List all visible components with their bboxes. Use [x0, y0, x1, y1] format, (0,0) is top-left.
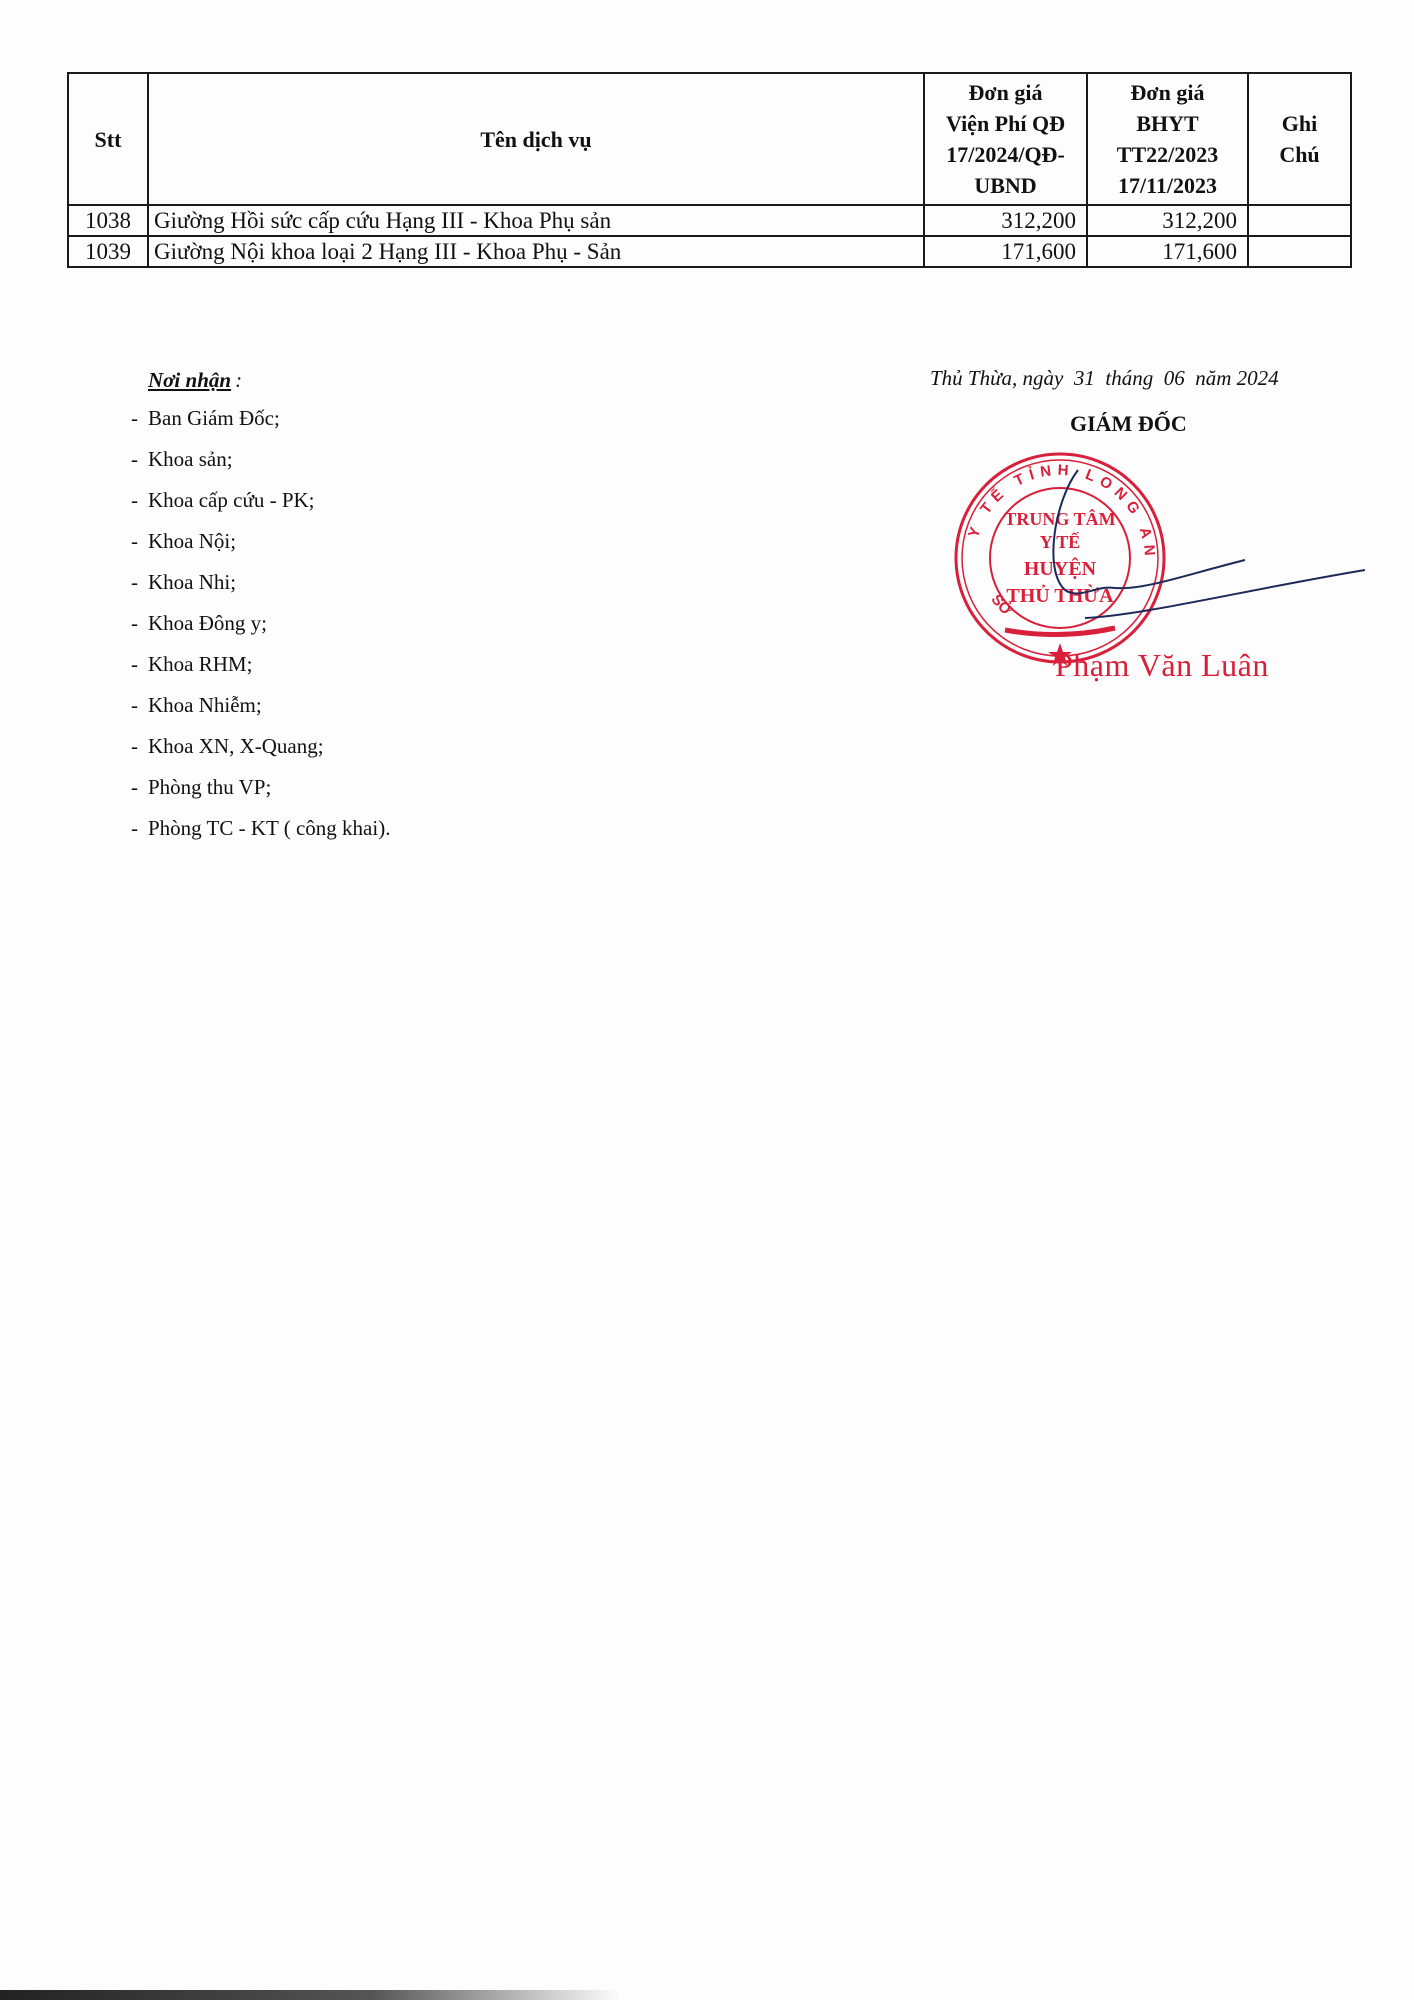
list-dash: - [131, 521, 148, 562]
scan-edge-artifact [0, 1990, 620, 2000]
date-line: Thủ Thừa, ngày 31 tháng 06 năm 2024 [930, 366, 1279, 391]
list-dash: - [131, 685, 148, 726]
header-line: Đơn giá [1093, 77, 1242, 108]
header-line: TT22/2023 [1093, 139, 1242, 170]
recipient-label: Khoa cấp cứu - PK; [148, 488, 315, 512]
recipient-label: Khoa sản; [148, 447, 233, 471]
signer-title: GIÁM ĐỐC [1070, 411, 1187, 437]
recipient-label: Khoa Nhi; [148, 570, 236, 594]
svg-text:HUYỆN: HUYỆN [1024, 557, 1097, 580]
cell-price-insurance: 312,200 [1087, 205, 1248, 236]
recipients-heading-row: Nơi nhận: [131, 362, 390, 398]
list-dash: - [131, 726, 148, 767]
cell-service-name: Giường Nội khoa loại 2 Hạng III - Khoa P… [148, 236, 924, 267]
recipient-label: Khoa Nhiễm; [148, 693, 262, 717]
recipient-label: Khoa RHM; [148, 652, 252, 676]
recipients-block: Nơi nhận: -Ban Giám Đốc;-Khoa sản;-Khoa … [131, 362, 390, 849]
recipient-item: -Khoa Nhiễm; [131, 685, 390, 726]
recipient-item: -Khoa XN, X-Quang; [131, 726, 390, 767]
list-dash: - [131, 767, 148, 808]
recipient-list: -Ban Giám Đốc;-Khoa sản;-Khoa cấp cứu - … [131, 398, 390, 849]
recipient-item: -Khoa Nội; [131, 521, 390, 562]
header-line: 17/11/2023 [1093, 170, 1242, 201]
table-row: 1038 Giường Hồi sức cấp cứu Hạng III - K… [68, 205, 1351, 236]
recipients-heading: Nơi nhận [148, 368, 231, 392]
cell-note [1248, 205, 1351, 236]
service-price-table: Stt Tên dịch vụ Đơn giá Viện Phí QĐ 17/2… [67, 72, 1352, 268]
svg-text:Y TẾ: Y TẾ [1040, 531, 1081, 552]
header-line: UBND [930, 170, 1081, 201]
header-price-hospital: Đơn giá Viện Phí QĐ 17/2024/QĐ- UBND [924, 73, 1087, 205]
recipient-label: Phòng TC - KT ( công khai). [148, 816, 390, 840]
header-service-name: Tên dịch vụ [148, 73, 924, 205]
list-dash: - [131, 480, 148, 521]
cell-price-insurance: 171,600 [1087, 236, 1248, 267]
official-seal-icon: Y TẾ TỈNH LONG AN SỞ TRUNG TÂM Y TẾ HUYỆ… [945, 440, 1175, 670]
recipient-item: -Phòng TC - KT ( công khai). [131, 808, 390, 849]
list-dash: - [131, 439, 148, 480]
cell-note [1248, 236, 1351, 267]
list-dash: - [131, 808, 148, 849]
recipient-item: -Ban Giám Đốc; [131, 398, 390, 439]
cell-price-hospital: 312,200 [924, 205, 1087, 236]
recipient-label: Khoa Nội; [148, 529, 236, 553]
document-page: Stt Tên dịch vụ Đơn giá Viện Phí QĐ 17/2… [0, 0, 1414, 2000]
table-row: 1039 Giường Nội khoa loại 2 Hạng III - K… [68, 236, 1351, 267]
header-line: Viện Phí QĐ [930, 108, 1081, 139]
cell-stt: 1039 [68, 236, 148, 267]
header-line: 17/2024/QĐ- [930, 139, 1081, 170]
recipient-label: Khoa Đông y; [148, 611, 267, 635]
recipients-colon: : [235, 368, 242, 392]
header-line: BHYT [1093, 108, 1242, 139]
header-line: Đơn giá [930, 77, 1081, 108]
recipient-label: Phòng thu VP; [148, 775, 271, 799]
header-note: Ghi Chú [1248, 73, 1351, 205]
recipient-item: -Khoa sản; [131, 439, 390, 480]
header-line: Chú [1254, 139, 1345, 170]
svg-text:THỦ THỪA: THỦ THỪA [1006, 583, 1114, 607]
recipient-item: -Khoa cấp cứu - PK; [131, 480, 390, 521]
recipient-item: -Khoa RHM; [131, 644, 390, 685]
recipient-item: -Phòng thu VP; [131, 767, 390, 808]
recipient-item: -Khoa Nhi; [131, 562, 390, 603]
cell-service-name: Giường Hồi sức cấp cứu Hạng III - Khoa P… [148, 205, 924, 236]
recipient-item: -Khoa Đông y; [131, 603, 390, 644]
signer-name: Phạm Văn Luân [1055, 647, 1269, 684]
recipient-label: Ban Giám Đốc; [148, 406, 280, 430]
recipient-label: Khoa XN, X-Quang; [148, 734, 324, 758]
table-header-row: Stt Tên dịch vụ Đơn giá Viện Phí QĐ 17/2… [68, 73, 1351, 205]
list-dash: - [131, 562, 148, 603]
header-line: Ghi [1254, 108, 1345, 139]
header-price-insurance: Đơn giá BHYT TT22/2023 17/11/2023 [1087, 73, 1248, 205]
list-dash: - [131, 398, 148, 439]
cell-stt: 1038 [68, 205, 148, 236]
list-dash: - [131, 644, 148, 685]
header-stt: Stt [68, 73, 148, 205]
list-dash: - [131, 603, 148, 644]
cell-price-hospital: 171,600 [924, 236, 1087, 267]
